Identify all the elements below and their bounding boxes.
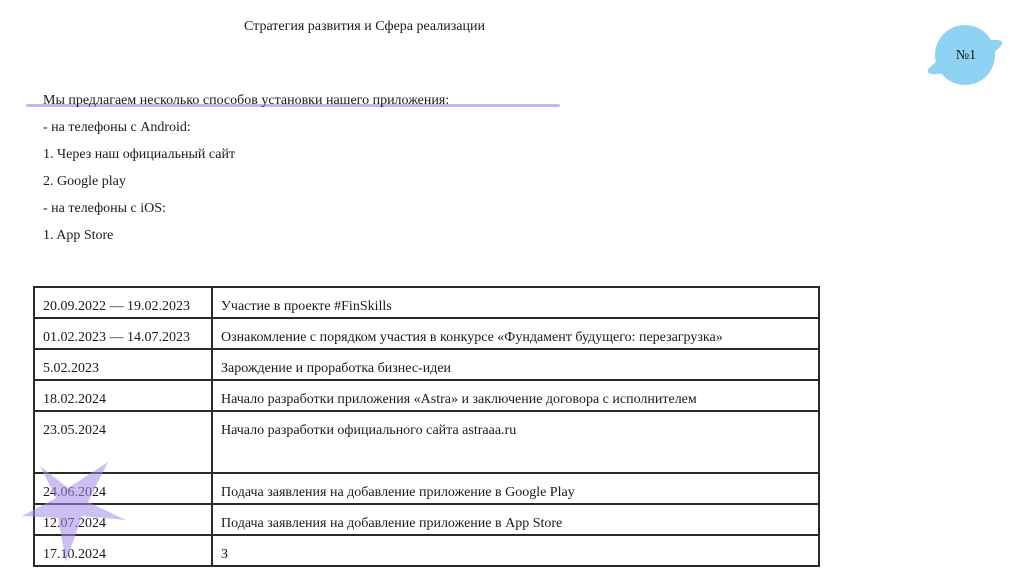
row-event: Зарождение и проработка бизнес-идеи bbox=[212, 349, 819, 380]
row-event: Ознакомление с порядком участия в конкур… bbox=[212, 318, 819, 349]
android-option-site: 1. Через наш официальный сайт bbox=[43, 146, 449, 173]
table-row: 17.10.2024 З bbox=[34, 535, 819, 566]
table-row: 23.05.2024 Начало разработки официальног… bbox=[34, 411, 819, 473]
table-row: 5.02.2023 Зарождение и проработка бизнес… bbox=[34, 349, 819, 380]
row-event: Участие в проекте #FinSkills bbox=[212, 287, 819, 318]
row-event: Начало разработки приложения «Astra» и з… bbox=[212, 380, 819, 411]
row-event: З bbox=[212, 535, 819, 566]
table-row: 20.09.2022 — 19.02.2023 Участие в проект… bbox=[34, 287, 819, 318]
row-date: 17.10.2024 bbox=[34, 535, 212, 566]
row-date: 12.07.2024 bbox=[34, 504, 212, 535]
row-date: 18.02.2024 bbox=[34, 380, 212, 411]
table-row: 01.02.2023 — 14.07.2023 Ознакомление с п… bbox=[34, 318, 819, 349]
row-event: Подача заявления на добавление приложени… bbox=[212, 473, 819, 504]
row-date: 24.06.2024 bbox=[34, 473, 212, 504]
row-event: Начало разработки официального сайта ast… bbox=[212, 411, 819, 473]
badge-number: №1 bbox=[925, 23, 1005, 89]
row-date: 23.05.2024 bbox=[34, 411, 212, 473]
android-label: - на телефоны с Android: bbox=[43, 119, 449, 146]
page-title: Стратегия развития и Сфера реализации bbox=[244, 19, 485, 35]
ios-option-app-store: 1. App Store bbox=[43, 227, 449, 254]
row-date: 5.02.2023 bbox=[34, 349, 212, 380]
row-event: Подача заявления на добавление приложени… bbox=[212, 504, 819, 535]
table-row: 12.07.2024 Подача заявления на добавлени… bbox=[34, 504, 819, 535]
ios-label: - на телефоны с iOS: bbox=[43, 200, 449, 227]
row-date: 20.09.2022 — 19.02.2023 bbox=[34, 287, 212, 318]
table-row: 24.06.2024 Подача заявления на добавлени… bbox=[34, 473, 819, 504]
row-date: 01.02.2023 — 14.07.2023 bbox=[34, 318, 212, 349]
intro-heading: Мы предлагаем несколько способов установ… bbox=[43, 92, 449, 119]
table-row: 18.02.2024 Начало разработки приложения … bbox=[34, 380, 819, 411]
page-number-badge: №1 bbox=[925, 23, 1005, 89]
install-methods: Мы предлагаем несколько способов установ… bbox=[43, 92, 449, 254]
android-option-google-play: 2. Google play bbox=[43, 173, 449, 200]
timeline-table: 20.09.2022 — 19.02.2023 Участие в проект… bbox=[33, 286, 820, 567]
